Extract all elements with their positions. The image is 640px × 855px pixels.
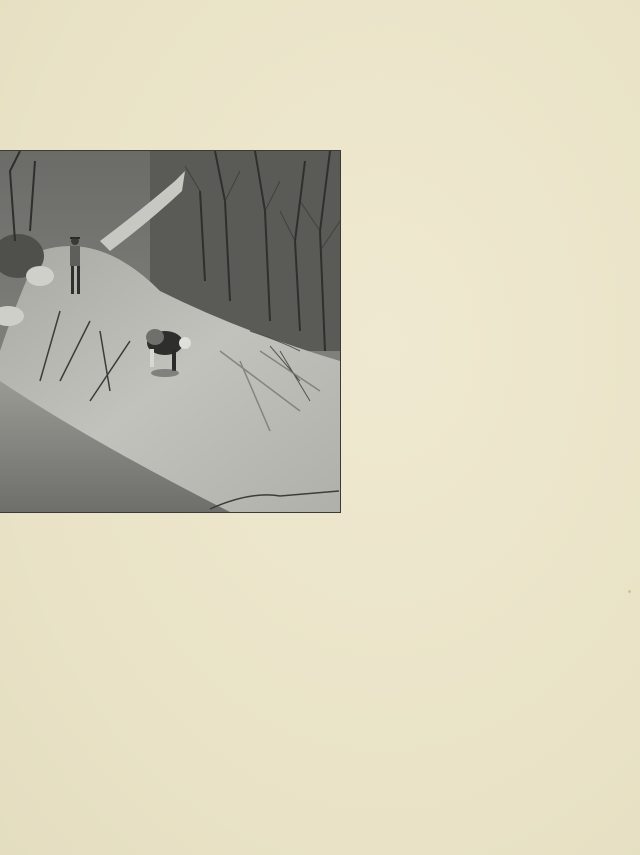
paper-speck — [628, 590, 631, 593]
hillside-photograph — [0, 151, 340, 512]
book-page — [0, 0, 640, 855]
